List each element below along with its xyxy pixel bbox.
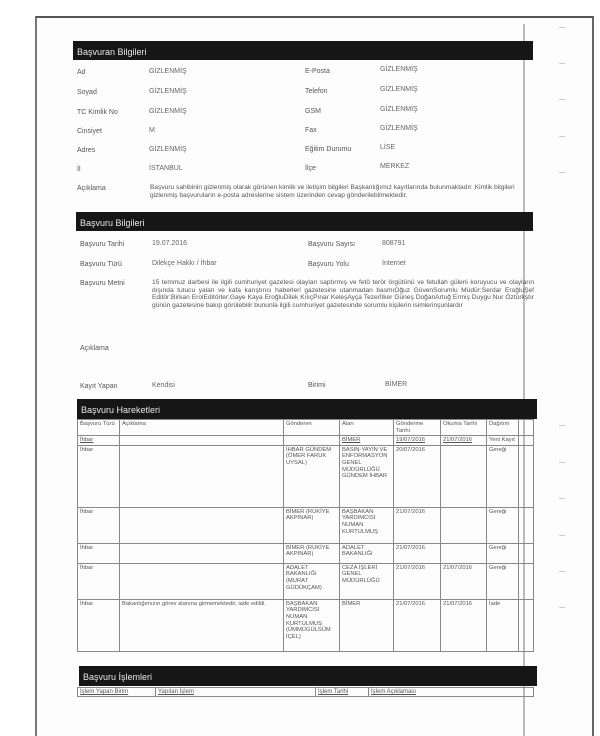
table-cell: BASIN-YAYIN VE ENFORMASYON GENEL MÜDÜRLÜ…: [340, 445, 394, 507]
application-text-label: Başvuru Metni: [80, 280, 125, 287]
table-cell: 21/07/2016: [394, 599, 441, 651]
table-row: İhbar ADALET BAKANLIĞI (MURAT GÜDÜKÇAM) …: [78, 563, 534, 599]
table-cell: [441, 445, 487, 507]
application-number-value: 808791: [382, 240, 405, 247]
column-header: Gönderen: [284, 420, 340, 436]
table-cell: 21/07/2016: [394, 543, 441, 563]
application-type-label: Başvuru Türü: [80, 261, 122, 268]
section-header-movements: Başvuru Hareketleri: [77, 399, 537, 419]
margin-mark: [559, 498, 565, 499]
section-header-application: Başvuru Bilgileri: [76, 212, 533, 231]
application-type-value: Dilekçe Hakkı / İhbar: [152, 260, 217, 267]
table-cell: [120, 507, 284, 543]
table-cell: Bakanlığımızın görev alanına girmemekted…: [120, 599, 284, 651]
recorder-value: Kendisi: [152, 382, 175, 389]
field-value: GİZLENMİŞ: [149, 68, 187, 75]
movements-table: Başvuru Türü Açıklama Gönderen Alan Gönd…: [77, 419, 534, 652]
recorder-label: Kayıt Yapan: [80, 383, 118, 390]
column-header: İşlem Yapan Birim: [78, 688, 156, 697]
column-header: Açıklama: [120, 420, 284, 436]
table-cell: Gereği: [487, 445, 519, 507]
table-row: İhbar İHBAR GÜNDEM (ÖMER FARUK UYSAL) BA…: [78, 445, 534, 507]
field-value: GİZLENMİŞ: [380, 66, 418, 73]
table-cell: BİMER: [340, 436, 394, 446]
column-header: İşlem Tarihi: [316, 688, 369, 697]
table-cell: İhbar: [78, 543, 120, 563]
table-cell: İhbar: [78, 563, 120, 599]
column-header: İşlem Açıklaması: [369, 688, 534, 697]
table-row: İhbar BİMER 19/07/2016 21/07/2016 Yeni K…: [78, 436, 534, 446]
margin-mark: [559, 425, 565, 426]
column-header: Gönderme Tarihi: [394, 420, 441, 436]
application-channel-label: Başvuru Yolu: [308, 261, 349, 268]
application-text-value: 15 temmuz darbesi ile ilgili cumhuriyet …: [152, 279, 534, 309]
field-label: TC Kimlik No: [77, 109, 118, 116]
application-date-value: 19.07.2016: [152, 240, 187, 247]
table-cell: İHBAR GÜNDEM (ÖMER FARUK UYSAL): [284, 445, 340, 507]
table-cell: İhbar: [78, 507, 120, 543]
table-cell: [519, 599, 534, 651]
field-value: GİZLENMİŞ: [149, 88, 187, 95]
field-label: İlçe: [305, 165, 316, 172]
table-cell: İhbar: [78, 599, 120, 651]
field-value: LİSE: [380, 144, 395, 151]
table-cell: 19/07/2016: [394, 436, 441, 446]
field-label: Telefon: [305, 88, 328, 95]
margin-mark: [559, 607, 565, 608]
column-header: Alan: [340, 420, 394, 436]
field-label: İl: [77, 166, 81, 173]
column-header: Yapılan İşlem: [156, 688, 316, 697]
margin-mark: [559, 99, 565, 100]
applicant-note-text: Başvuru sahibinin gizlenmiş olarak görün…: [150, 184, 535, 199]
field-label: Cinsiyet: [77, 128, 102, 135]
section-header-operations: Başvuru İşlemleri: [79, 666, 537, 686]
field-value: GİZLENMİŞ: [380, 125, 418, 132]
table-cell: BİMER (RUKİYE AKPINAR): [284, 507, 340, 543]
column-header: Dağıtım: [487, 420, 519, 436]
table-row: İhbar BİMER (RUKİYE AKPINAR) BAŞBAKAN YA…: [78, 507, 534, 543]
table-cell: İhbar: [78, 445, 120, 507]
table-cell: [120, 543, 284, 563]
table-cell: [441, 507, 487, 543]
field-label: Ad: [77, 69, 86, 76]
field-value: GİZLENMİŞ: [149, 108, 187, 115]
margin-mark: [559, 136, 565, 137]
table-cell: [120, 436, 284, 446]
table-cell: İade: [487, 599, 519, 651]
table-cell: [519, 507, 534, 543]
column-header: Okuma Tarihi: [441, 420, 487, 436]
table-cell: 21/07/2016: [441, 599, 487, 651]
table-cell: 21/07/2016: [394, 563, 441, 599]
applicant-note-label: Açıklama: [77, 185, 106, 192]
field-label: E-Posta: [305, 68, 330, 75]
table-cell: 21/07/2016: [441, 436, 487, 446]
table-cell: 21/07/2016: [441, 563, 487, 599]
operations-table: İşlem Yapan Birim Yapılan İşlem İşlem Ta…: [77, 687, 534, 697]
table-row: İhbar BİMER (RUKİYE AKPINAR) ADALET BAKA…: [78, 543, 534, 563]
table-cell: İhbar: [78, 436, 120, 446]
field-label: Adres: [77, 147, 95, 154]
table-cell: [519, 436, 534, 446]
unit-label: Birimi: [308, 382, 326, 389]
table-cell: [519, 445, 534, 507]
table-header-row: İşlem Yapan Birim Yapılan İşlem İşlem Ta…: [78, 688, 534, 697]
margin-mark: [559, 535, 565, 536]
table-cell: BAŞBAKAN YARDIMCISI NUMAN KURTULMUŞ: [340, 507, 394, 543]
table-cell: [284, 436, 340, 446]
margin-mark: [559, 27, 565, 28]
column-header: Başvuru Türü: [78, 420, 120, 436]
field-value: M: [149, 127, 155, 134]
table-cell: 21/07/2016: [394, 507, 441, 543]
table-cell: [441, 543, 487, 563]
table-cell: Gereği: [487, 563, 519, 599]
table-cell: BİMER (RUKİYE AKPINAR): [284, 543, 340, 563]
field-value: GİZLENMİŞ: [380, 106, 418, 113]
field-value: İSTANBUL: [149, 165, 183, 172]
field-label: Soyad: [77, 89, 97, 96]
table-cell: [120, 563, 284, 599]
table-cell: CEZA İŞLERİ GENEL MÜDÜRLÜĞÜ: [340, 563, 394, 599]
table-cell: [120, 445, 284, 507]
margin-mark: [559, 172, 565, 173]
table-cell: 20/07/2016: [394, 445, 441, 507]
application-channel-value: İnternet: [382, 260, 406, 267]
column-header: [519, 420, 534, 436]
table-header-row: Başvuru Türü Açıklama Gönderen Alan Gönd…: [78, 420, 534, 436]
unit-value: BİMER: [385, 381, 407, 388]
table-cell: ADALET BAKANLIĞI (MURAT GÜDÜKÇAM): [284, 563, 340, 599]
field-label: GSM: [305, 108, 321, 115]
margin-mark: [559, 462, 565, 463]
application-date-label: Başvuru Tarihi: [80, 241, 124, 248]
table-row: İhbar Bakanlığımızın görev alanına girme…: [78, 599, 534, 651]
application-number-label: Başvuru Sayısı: [308, 241, 355, 248]
table-cell: ADALET BAKANLIĞI: [340, 543, 394, 563]
table-cell: [519, 563, 534, 599]
field-label: Fax: [305, 127, 317, 134]
table-cell: Gereği: [487, 507, 519, 543]
table-cell: BAŞBAKAN YARDIMCISI NUMAN KURTULMUŞ (ÜMM…: [284, 599, 340, 651]
table-cell: BİMER: [340, 599, 394, 651]
table-cell: Gereği: [487, 543, 519, 563]
table-cell: [519, 543, 534, 563]
table-cell: Yeni Kayıt: [487, 436, 519, 446]
field-value: GİZLENMİŞ: [380, 86, 418, 93]
application-note-label: Açıklama: [80, 345, 109, 352]
section-header-applicant: Başvuran Bilgileri: [73, 41, 533, 60]
field-value: MERKEZ: [380, 163, 409, 170]
field-value: GİZLENMİŞ: [149, 146, 187, 153]
margin-mark: [559, 571, 565, 572]
field-label: Eğitim Durumu: [305, 146, 351, 153]
margin-mark: [559, 63, 565, 64]
